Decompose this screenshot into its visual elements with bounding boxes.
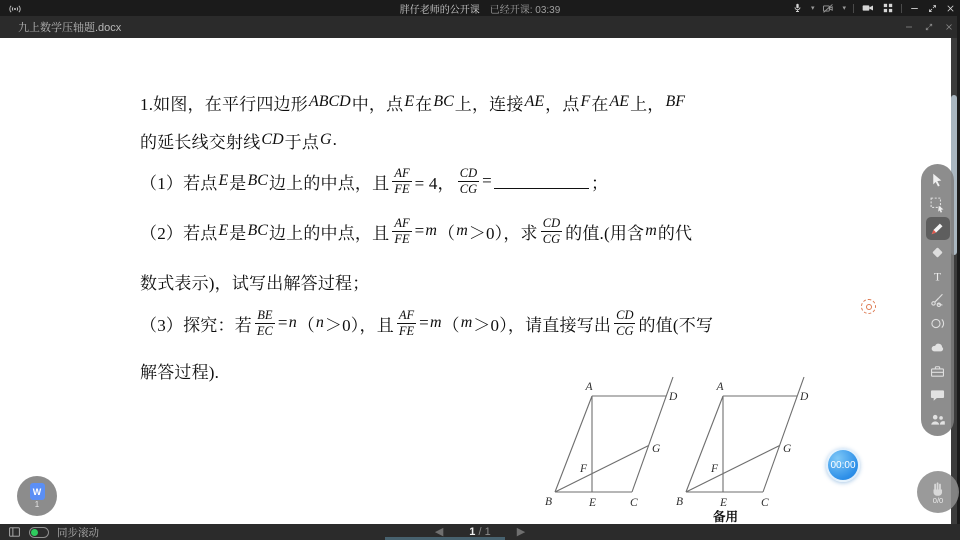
camera-off-button[interactable]: [821, 2, 835, 15]
doc-line-4: （2）若点 E 是 BC 边上的中点，且 AFFE = m（m＞0），求 CDC…: [140, 208, 840, 254]
document-tab[interactable]: 九上数学压轴题.docx: [0, 19, 121, 35]
toolbox-tool-button[interactable]: [926, 360, 950, 383]
chat-tool-button[interactable]: [926, 384, 950, 407]
cursor-tool-button[interactable]: [926, 169, 950, 192]
doc-restore-button[interactable]: [924, 22, 934, 32]
doc-line-1: 1.如图，在平行四边形 ABCD 中，点 E 在 BC 上，连接 AE，点 F …: [140, 88, 840, 116]
online-classroom-window: 胖仔老师的公开课 已经开课: 03:39 ▾ ▾: [0, 0, 960, 540]
apps-grid-button[interactable]: [882, 2, 894, 14]
svg-text:A: A: [715, 381, 724, 393]
raise-hand-button[interactable]: 0/0: [917, 471, 959, 513]
document-switcher-bubble[interactable]: W 1: [17, 476, 57, 516]
timer-button[interactable]: 00:00: [826, 448, 860, 482]
eraser-tool-button[interactable]: [926, 241, 950, 264]
restore-window-button[interactable]: [927, 3, 938, 14]
svg-text:G: G: [783, 443, 792, 455]
next-page-button[interactable]: ▶: [517, 527, 525, 538]
laser-pointer-icon: [861, 299, 876, 314]
prev-page-button[interactable]: ◀: [435, 527, 443, 538]
svg-text:A: A: [584, 381, 593, 393]
video-record-button[interactable]: [861, 2, 875, 14]
participants-tool-button[interactable]: [926, 408, 950, 431]
svg-text:G: G: [652, 443, 661, 455]
svg-text:C: C: [761, 497, 769, 509]
doc-line-3: （1）若点 E 是 BC 边上的中点，且 AFFE = 4，CDCG = ；: [140, 158, 840, 204]
svg-text:E: E: [588, 497, 596, 509]
svg-text:T: T: [934, 269, 942, 283]
titlebar-separator: [853, 4, 854, 13]
class-title: 胖仔老师的公开课: [400, 1, 480, 16]
marquee-select-tool-button[interactable]: [926, 193, 950, 216]
document-canvas[interactable]: 1.如图，在平行四边形 ABCD 中，点 E 在 BC 上，连接 AE，点 F …: [0, 38, 957, 524]
svg-text:D: D: [668, 391, 678, 403]
record-shape-tool-button[interactable]: [926, 312, 950, 335]
figure-main: A D G F B E C: [545, 377, 678, 509]
figure-spare: A D G F B E C 备用: [676, 377, 809, 524]
parallelogram-figures: A D G F B E C A D G F B E C 备用: [533, 365, 823, 525]
close-window-button[interactable]: [945, 3, 956, 14]
document-tabbar: 九上数学压轴题.docx: [0, 16, 960, 39]
svg-text:B: B: [545, 496, 552, 508]
doc-line-2: 的延长线交射线 CD 于点 G.: [140, 126, 840, 154]
cloud-tool-button[interactable]: [926, 336, 950, 359]
svg-text:B: B: [676, 496, 683, 508]
doc-close-button[interactable]: [944, 22, 954, 32]
titlebar: 胖仔老师的公开课 已经开课: 03:39 ▾ ▾: [0, 0, 960, 16]
hand-count: 0/0: [933, 497, 943, 505]
pen-tool-button[interactable]: [926, 217, 950, 240]
doc-minimize-button[interactable]: [904, 22, 914, 32]
microphone-button[interactable]: [791, 2, 804, 15]
figure-spare-caption: 备用: [713, 509, 738, 524]
camera-dropdown-caret[interactable]: ▾: [842, 5, 846, 12]
svg-text:F: F: [710, 463, 719, 475]
doc-line-5: 数式表示)，试写出解答过程；: [140, 267, 840, 295]
doc-line-6: （3）探究：若 BEEC = n（n＞0），且 AFFE = m（m＞0），请直…: [140, 300, 840, 346]
svg-text:C: C: [630, 497, 638, 509]
microphone-dropdown-caret[interactable]: ▾: [811, 5, 815, 12]
text-tool-button[interactable]: T: [926, 265, 950, 288]
document-count: 1: [35, 501, 39, 509]
svg-text:E: E: [719, 497, 727, 509]
scissors-tool-button[interactable]: [926, 288, 950, 311]
titlebar-separator: [901, 4, 902, 13]
minimize-window-button[interactable]: [909, 3, 920, 14]
annotation-tool-palette: T: [921, 164, 954, 436]
class-elapsed-status: 已经开课: 03:39: [490, 1, 561, 16]
svg-text:F: F: [579, 463, 588, 475]
svg-text:D: D: [799, 391, 809, 403]
word-doc-icon: W: [30, 483, 45, 500]
